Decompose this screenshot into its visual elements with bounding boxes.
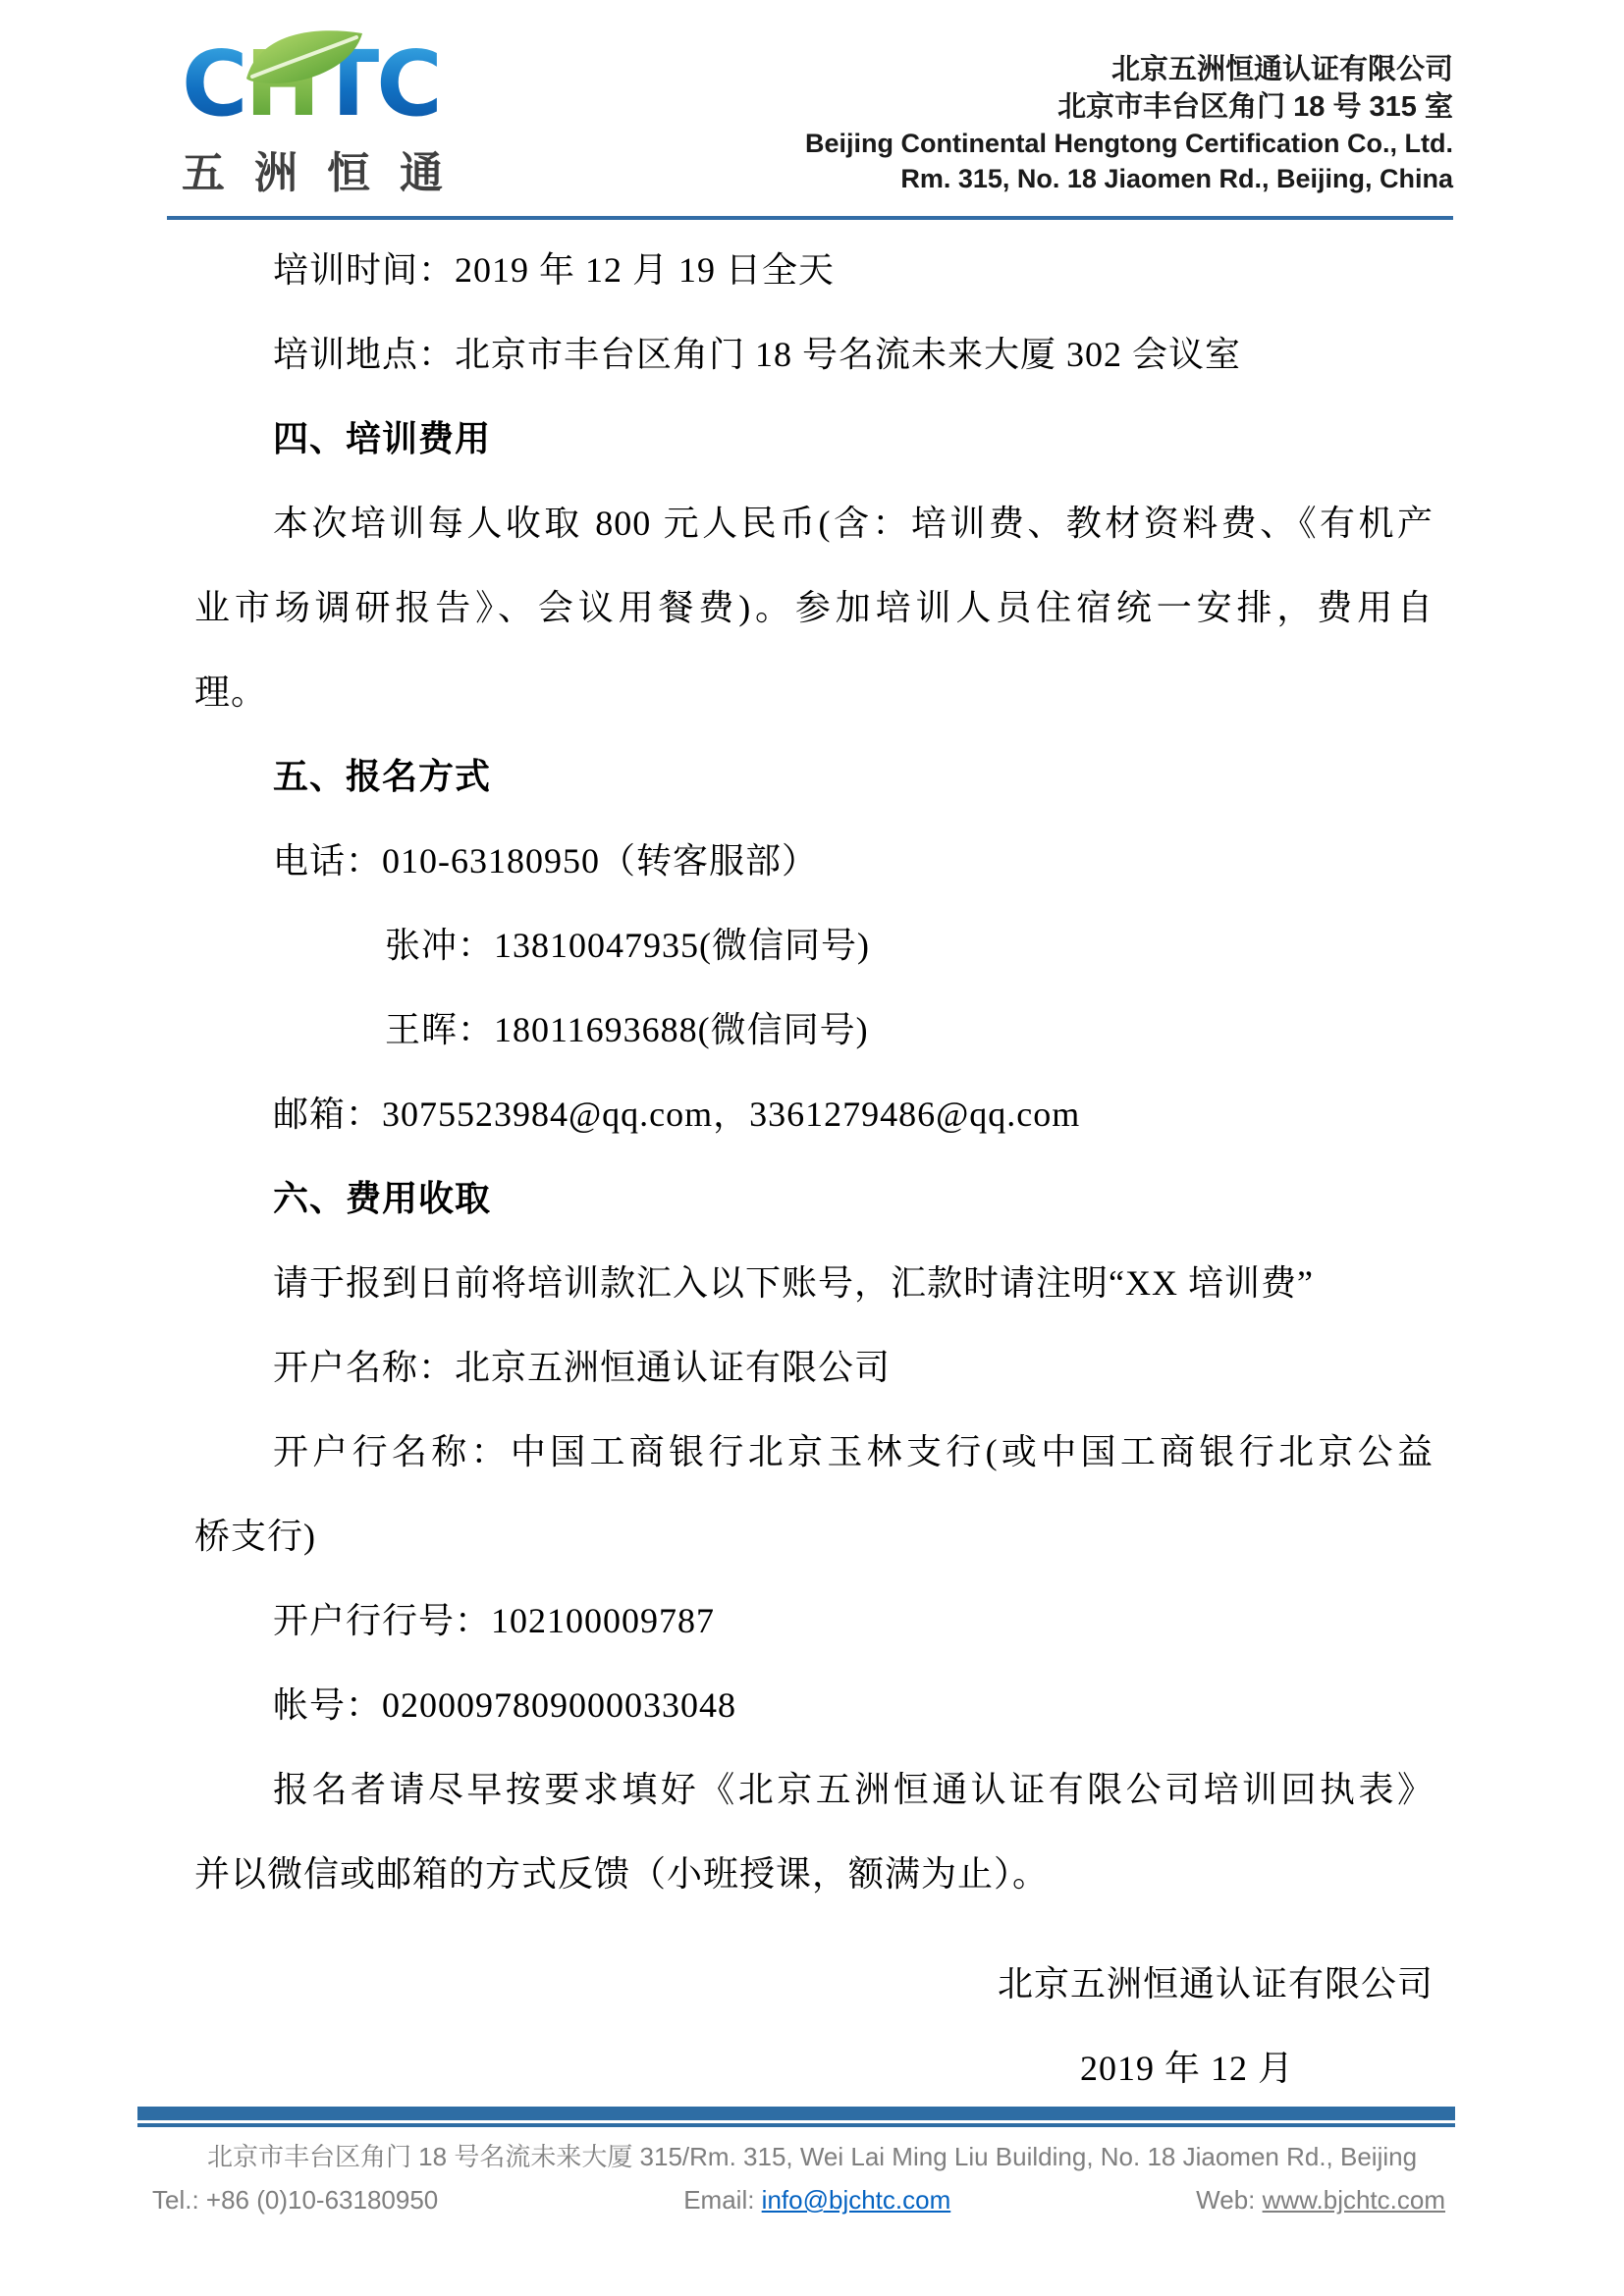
company-name-en: Beijing Continental Hengtong Certificati… [805, 126, 1453, 161]
document-page: CHTC 五洲恒通 北京五洲恒通认证有限公司 北京市丰台区角门 [0, 0, 1624, 2296]
footer-tel: Tel.: +86 (0)10-63180950 [152, 2185, 438, 2216]
page-footer: 北京市丰台区角门 18 号名流未来大厦 315/Rm. 315, Wei Lai… [0, 2107, 1624, 2216]
body-line: 理。 [194, 650, 1434, 734]
footer-email-link[interactable]: info@bjchtc.com [762, 2185, 951, 2215]
footer-divider [137, 2107, 1455, 2127]
body-line: 开户行名称：中国工商银行北京玉林支行(或中国工商银行北京公益 [194, 1410, 1434, 1494]
footer-email: Email: info@bjchtc.com [683, 2185, 950, 2216]
body-line: 报名者请尽早按要求填好《北京五洲恒通认证有限公司培训回执表》 [194, 1747, 1434, 1832]
body-line: 请于报到日前将培训款汇入以下账号，汇款时请注明“XX 培训费” [194, 1241, 1434, 1325]
footer-web: Web: www.bjchtc.com [1196, 2185, 1445, 2216]
body-line: 开户行行号：102100009787 [194, 1578, 1434, 1663]
body-line: 北京五洲恒通认证有限公司 [194, 1942, 1434, 2026]
body-line: 张冲：13810047935(微信同号) [194, 903, 1434, 988]
body-line: 四、培训费用 [194, 397, 1434, 481]
body-line: 五、报名方式 [194, 734, 1434, 819]
body-line: 2019 年 12 月 [194, 2026, 1434, 2110]
footer-email-label: Email: [683, 2185, 761, 2215]
company-address-cn: 北京市丰台区角门 18 号 315 室 [805, 88, 1453, 126]
body-line: 本次培训每人收取 800 元人民币(含：培训费、教材资料费、《有机产 [194, 481, 1434, 565]
footer-web-link[interactable]: www.bjchtc.com [1263, 2185, 1445, 2215]
body-line: 并以微信或邮箱的方式反馈（小班授课，额满为止）。 [194, 1832, 1434, 1916]
letterhead-address-block: 北京五洲恒通认证有限公司 北京市丰台区角门 18 号 315 室 Beijing… [805, 39, 1453, 196]
letterhead: CHTC 五洲恒通 北京五洲恒通认证有限公司 北京市丰台区角门 [0, 0, 1624, 200]
body-line: 培训地点：北京市丰台区角门 18 号名流未来大厦 302 会议室 [194, 312, 1434, 397]
footer-address: 北京市丰台区角门 18 号名流未来大厦 315/Rm. 315, Wei Lai… [0, 2137, 1624, 2173]
footer-contacts: Tel.: +86 (0)10-63180950 Email: info@bjc… [0, 2185, 1624, 2216]
document-body: 培训时间：2019 年 12 月 19 日全天培训地点：北京市丰台区角门 18 … [0, 220, 1624, 2110]
footer-web-label: Web: [1196, 2185, 1262, 2215]
company-name-cn: 北京五洲恒通认证有限公司 [805, 51, 1453, 88]
body-line: 电话：010-63180950（转客服部） [194, 819, 1434, 903]
body-line: 邮箱：3075523984@qq.com，3361279486@qq.com [194, 1072, 1434, 1156]
body-line: 桥支行) [194, 1494, 1434, 1578]
body-line: 培训时间：2019 年 12 月 19 日全天 [194, 228, 1434, 312]
body-line: 六、费用收取 [194, 1156, 1434, 1241]
logo-acronym: CHTC [182, 39, 496, 130]
body-line: 业市场调研报告》、会议用餐费)。参加培训人员住宿统一安排，费用自 [194, 565, 1434, 650]
body-line: 帐号：0200097809000033048 [194, 1663, 1434, 1747]
company-logo: CHTC 五洲恒通 [182, 39, 496, 200]
company-address-en: Rm. 315, No. 18 Jiaomen Rd., Beijing, Ch… [805, 161, 1453, 196]
body-line: 王晖：18011693688(微信同号) [194, 988, 1434, 1072]
body-line: 开户名称：北京五洲恒通认证有限公司 [194, 1325, 1434, 1410]
logo-chinese-name: 五洲恒通 [182, 137, 496, 200]
